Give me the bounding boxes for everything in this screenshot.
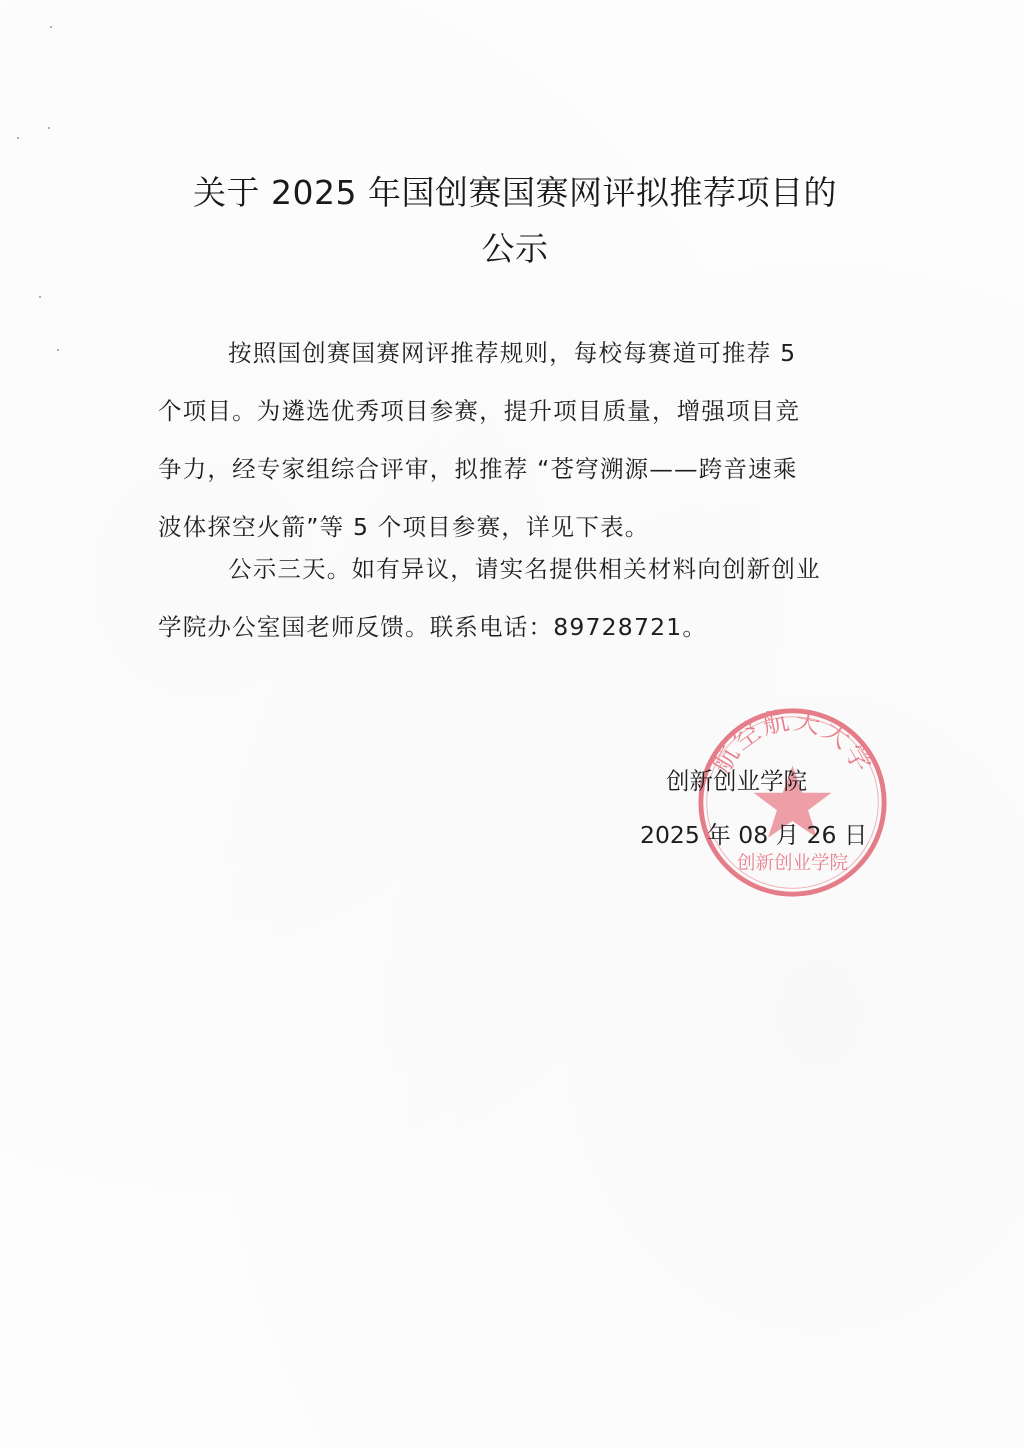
stamp-inner-text: 创新创业学院 <box>737 853 848 874</box>
paragraph-line: 学院办公室国老师反馈。联系电话：89728721。 <box>158 598 874 656</box>
scan-speck <box>48 127 50 129</box>
paragraph-line: 争力，经专家组综合评审，拟推荐 “苍穹溯源——跨音速乘 <box>158 440 874 498</box>
signature-date: 2025 年 08 月 26 日 <box>640 816 867 850</box>
paragraph-line: 公示三天。如有异议，请实名提供相关材料向创新创业 <box>158 540 874 598</box>
scan-speck <box>50 26 52 28</box>
document-title-line-1: 关于 2025 年国创赛国赛网评拟推荐项目的 <box>150 164 880 222</box>
scan-speck <box>39 296 41 298</box>
document-title-line-2: 公示 <box>150 220 880 278</box>
signature-organization: 创新创业学院 <box>666 762 807 796</box>
scan-speck <box>17 137 19 139</box>
body-paragraph-recommendation: 按照国创赛国赛网评推荐规则，每校每赛道可推荐 5 个项目。为遴选优秀项目参赛，提… <box>158 324 874 556</box>
paragraph-line: 个项目。为遴选优秀项目参赛，提升项目质量，增强项目竞 <box>158 382 874 440</box>
paragraph-line: 按照国创赛国赛网评推荐规则，每校每赛道可推荐 5 <box>158 324 874 382</box>
official-seal-stamp-icon: 航空航天大学 创新创业学院 <box>695 705 890 900</box>
scan-speck <box>57 349 59 351</box>
scanned-document-page: 关于 2025 年国创赛国赛网评拟推荐项目的 公示 按照国创赛国赛网评推荐规则，… <box>0 0 1024 1448</box>
body-paragraph-objection-contact: 公示三天。如有异议，请实名提供相关材料向创新创业 学院办公室国老师反馈。联系电话… <box>158 540 874 656</box>
